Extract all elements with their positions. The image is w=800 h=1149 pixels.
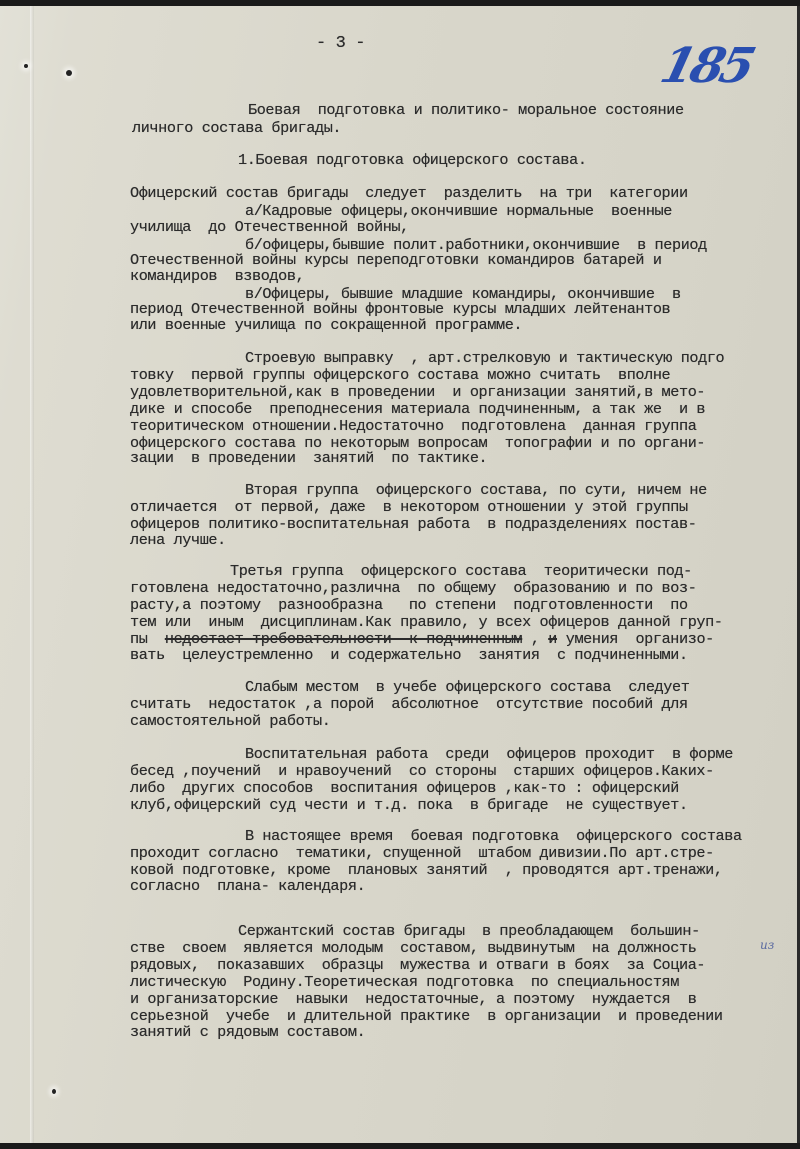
text-line: либо других способов воспитания офицеров… — [130, 780, 679, 796]
document-title-line-1: Боевая подготовка и политико- моральное … — [248, 102, 684, 118]
text-line: Отечественной войны курсы переподготовки… — [130, 252, 662, 268]
text-line: товку первой группы офицерского состава … — [130, 367, 670, 383]
text-line: Строевую выправку , арт.стрелковую и так… — [245, 350, 724, 366]
text-line: считать недостаток ,а порой абсолютное о… — [130, 696, 688, 712]
text-line: занятий с рядовым составом. — [130, 1024, 365, 1040]
text-line: ковой подготовке, кроме плановых занятий… — [130, 862, 723, 878]
section-heading: 1.Боевая подготовка офицерского состава. — [238, 152, 587, 168]
text-line: клуб,офицерский суд чести и т.д. пока в … — [130, 797, 688, 813]
text-line: расту,а поэтому разнообразна по степени … — [130, 597, 688, 613]
text-line: согласно плана- календаря. — [130, 878, 365, 894]
text-line: Воспитательная работа среди офицеров про… — [245, 746, 733, 762]
text-line: проходит согласно тематики, спущенной шт… — [130, 845, 714, 861]
text-line: готовлена недостаточно,различна по общем… — [130, 580, 696, 596]
text-line: удовлетворительной,как в проведении и ор… — [130, 384, 705, 400]
text-line: В настоящее время боевая подготовка офиц… — [245, 828, 742, 844]
text-line: Слабым местом в учебе офицерского состав… — [245, 679, 689, 695]
punch-hole — [66, 70, 72, 76]
text-line: зации в проведении занятий по тактике. — [130, 450, 487, 466]
text-line: отличается от первой, даже в некотором о… — [130, 499, 688, 515]
text-line: серьезной учебе и длительной практике в … — [130, 1008, 723, 1024]
text-line: стве своем является молодым составом, вы… — [130, 940, 696, 956]
text-line: лена лучше. — [130, 532, 226, 548]
text-line: командиров взводов, — [130, 268, 304, 284]
punch-hole — [24, 64, 28, 68]
text-line: теоритическом отношении.Недостаточно под… — [130, 418, 696, 434]
text-line: Вторая группа офицерского состава, по су… — [245, 482, 707, 498]
text-line: бесед ,поучений и нравоучений со стороны… — [130, 763, 714, 779]
archive-sheet-number: 185 — [655, 38, 757, 94]
handwritten-margin-note: из — [760, 938, 774, 952]
text-line: листическую Родину.Теоретическая подгото… — [130, 974, 679, 990]
document-title-line-2: личного состава бригады. — [132, 120, 341, 136]
page-number: - 3 - — [316, 36, 365, 52]
text-line: офицеров политико-воспитательная работа … — [130, 516, 696, 532]
document-page: - 3 - 185 Боевая подготовка и политико- … — [0, 6, 800, 1143]
text-line: период Отечественной войны фронтовые кур… — [130, 301, 670, 317]
text-line: Третья группа офицерского состава теорит… — [230, 563, 692, 579]
text-line: дике и способе преподнесения материала п… — [130, 401, 705, 417]
text-line: или военные училища по сокращенной прогр… — [130, 317, 522, 333]
text-line: и организаторские навыки недостаточные, … — [130, 991, 696, 1007]
text-line: самостоятельной работы. — [130, 713, 330, 729]
punch-hole — [52, 1089, 56, 1094]
text-line: тем или иным дисциплинам.Как правило, у … — [130, 614, 723, 630]
text-line-with-strikethrough: пы недостает требовательности к подчинен… — [130, 631, 714, 647]
text-line: вать целеустремленно и содержательно зан… — [130, 647, 688, 663]
text-line: училища до Отечественной войны, — [130, 219, 409, 235]
text-line: рядовых, показавших образцы мужества и о… — [130, 957, 705, 973]
text-line: Офицерский состав бригады следует раздел… — [130, 185, 688, 201]
text-line: а/Кадровые офицеры,окончившие нормальные… — [245, 203, 672, 219]
text-line: Сержантский состав бригады в преобладающ… — [238, 923, 700, 939]
